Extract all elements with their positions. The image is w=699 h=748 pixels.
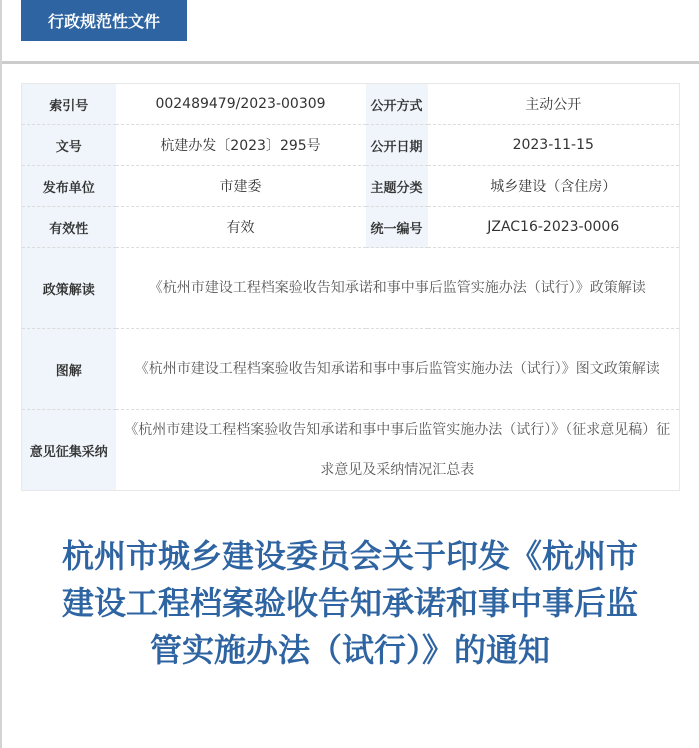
disclosure-date-label: 公开日期 [366, 125, 428, 166]
public-opinion-link[interactable]: 《杭州市建设工程档案验收告知承诺和事中事后监管实施办法（试行）》（征求意见稿）征… [116, 410, 680, 491]
issuer-value: 市建委 [116, 166, 366, 207]
table-row: 发布单位 市建委 主题分类 城乡建设（含住房） [22, 166, 680, 207]
graphic-interpretation-label: 图解 [22, 329, 116, 410]
index-number-value: 002489479/2023-00309 [116, 84, 366, 125]
document-info-table: 索引号 002489479/2023-00309 公开方式 主动公开 文号 杭建… [21, 83, 680, 491]
table-row: 索引号 002489479/2023-00309 公开方式 主动公开 [22, 84, 680, 125]
disclosure-date-value: 2023-11-15 [428, 125, 680, 166]
table-row: 有效性 有效 统一编号 JZAC16-2023-0006 [22, 207, 680, 248]
document-number-value: 杭建办发〔2023〕295号 [116, 125, 366, 166]
table-row: 图解 《杭州市建设工程档案验收告知承诺和事中事后监管实施办法（试行）》图文政策解… [22, 329, 680, 410]
unified-number-label: 统一编号 [366, 207, 428, 248]
section-divider [2, 61, 699, 64]
public-opinion-label: 意见征集采纳 [22, 410, 116, 491]
issuer-label: 发布单位 [22, 166, 116, 207]
graphic-interpretation-link[interactable]: 《杭州市建设工程档案验收告知承诺和事中事后监管实施办法（试行）》图文政策解读 [116, 329, 680, 410]
topic-category-value: 城乡建设（含住房） [428, 166, 680, 207]
table-row: 意见征集采纳 《杭州市建设工程档案验收告知承诺和事中事后监管实施办法（试行）》（… [22, 410, 680, 491]
left-border [0, 0, 2, 748]
validity-value: 有效 [116, 207, 366, 248]
table-row: 文号 杭建办发〔2023〕295号 公开日期 2023-11-15 [22, 125, 680, 166]
disclosure-method-label: 公开方式 [366, 84, 428, 125]
topic-category-label: 主题分类 [366, 166, 428, 207]
index-number-label: 索引号 [22, 84, 116, 125]
table-row: 政策解读 《杭州市建设工程档案验收告知承诺和事中事后监管实施办法（试行）》政策解… [22, 248, 680, 329]
document-title: 杭州市城乡建设委员会关于印发《杭州市建设工程档案验收告知承诺和事中事后监管实施办… [50, 533, 650, 674]
category-tag: 行政规范性文件 [21, 0, 187, 41]
disclosure-method-value: 主动公开 [428, 84, 680, 125]
document-number-label: 文号 [22, 125, 116, 166]
policy-interpretation-label: 政策解读 [22, 248, 116, 329]
policy-interpretation-link[interactable]: 《杭州市建设工程档案验收告知承诺和事中事后监管实施办法（试行）》政策解读 [116, 248, 680, 329]
validity-label: 有效性 [22, 207, 116, 248]
unified-number-value: JZAC16-2023-0006 [428, 207, 680, 248]
